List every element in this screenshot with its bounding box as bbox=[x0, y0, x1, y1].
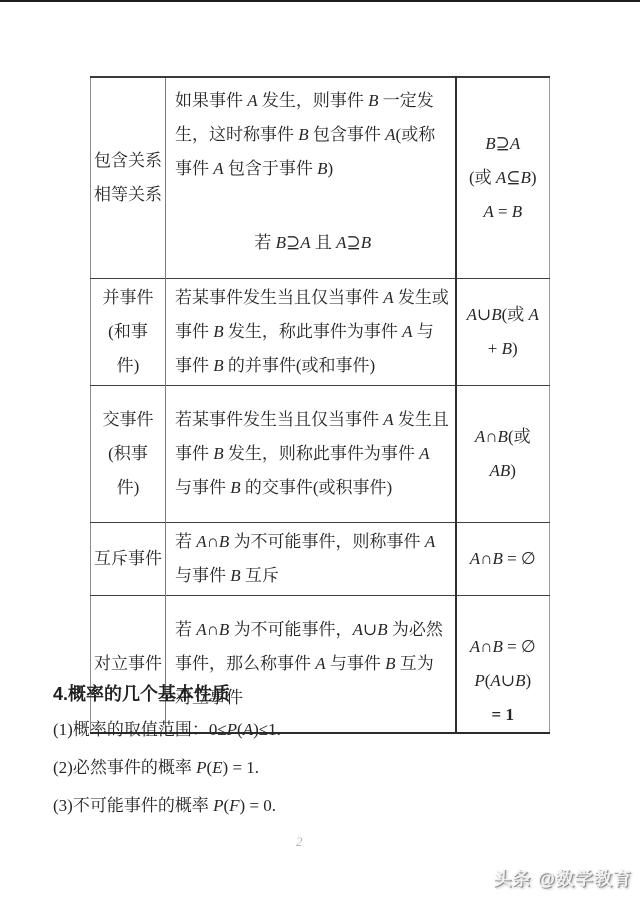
symbol-equality: A = B bbox=[457, 195, 550, 229]
symbol-complementary-line1: A∩B = ∅ bbox=[470, 637, 536, 656]
document-page: 包含关系 相等关系 如果事件 A 发生，则事件 B 一定发生，这时称事件 B 包… bbox=[0, 0, 640, 904]
cell-complementary-symbol: A∩B = ∅ P(A∪B) = 1 bbox=[456, 596, 550, 734]
label-equality-relation: 相等关系 bbox=[91, 178, 165, 212]
table-row-inclusion-equality: 包含关系 相等关系 如果事件 A 发生，则事件 B 一定发生，这时称事件 B 包… bbox=[91, 77, 550, 279]
cell-inclusion-symbols: B⊇A (或 A⊆B) A = B bbox=[456, 77, 550, 279]
symbol-complementary-line2: P(A∪B) bbox=[474, 671, 531, 690]
cell-union-symbol: A∪B(或 A + B) bbox=[456, 279, 550, 386]
watermark-text: 头条 @数学教育 bbox=[493, 865, 632, 891]
cell-union-description: 若某事件发生当且仅当事件 A 发生或事件 B 发生，称此事件为事件 A 与事件 … bbox=[166, 279, 456, 386]
page-number: 2 bbox=[296, 834, 303, 850]
cell-exclusive-label: 互斥事件 bbox=[91, 523, 166, 596]
symbol-inclusion: B⊇A (或 A⊆B) bbox=[457, 127, 550, 195]
cell-intersection-label: 交事件 (积事 件) bbox=[91, 386, 166, 523]
symbol-complementary-line3: = 1 bbox=[492, 705, 514, 724]
concept-table: 包含关系 相等关系 如果事件 A 发生，则事件 B 一定发生，这时称事件 B 包… bbox=[90, 76, 550, 734]
cell-intersection-description: 若某事件发生当且仅当事件 A 发生且事件 B 发生，则称此事件为事件 A 与事件… bbox=[166, 386, 456, 523]
property-item-3: (3)不可能事件的概率 P(F) = 0. bbox=[53, 795, 281, 817]
table-row-mutually-exclusive: 互斥事件 若 A∩B 为不可能事件，则称事件 A 与事件 B 互斥 A∩B = … bbox=[91, 523, 550, 596]
cell-relation-labels: 包含关系 相等关系 bbox=[91, 77, 166, 279]
section-heading: 4.概率的几个基本性质 bbox=[53, 680, 281, 706]
properties-section: 4.概率的几个基本性质 (1)概率的取值范围：0≤P(A)≤1. (2)必然事件… bbox=[53, 680, 281, 833]
table-row-intersection-event: 交事件 (积事 件) 若某事件发生当且仅当事件 A 发生且事件 B 发生，则称此… bbox=[91, 386, 550, 523]
property-item-1: (1)概率的取值范围：0≤P(A)≤1. bbox=[53, 719, 281, 741]
inclusion-definition-text: 如果事件 A 发生，则事件 B 一定发生，这时称事件 B 包含事件 A(或称事件… bbox=[175, 84, 451, 186]
cell-intersection-symbol: A∩B(或 AB) bbox=[456, 386, 550, 523]
table-row-union-event: 并事件 (和事 件) 若某事件发生当且仅当事件 A 发生或事件 B 发生，称此事… bbox=[91, 279, 550, 386]
property-item-2: (2)必然事件的概率 P(E) = 1. bbox=[53, 757, 281, 779]
equality-condition-text: 若 B⊇A 且 A⊇B bbox=[175, 226, 451, 260]
cell-union-label: 并事件 (和事 件) bbox=[91, 279, 166, 386]
cell-exclusive-symbol: A∩B = ∅ bbox=[456, 523, 550, 596]
cell-exclusive-description: 若 A∩B 为不可能事件，则称事件 A 与事件 B 互斥 bbox=[166, 523, 456, 596]
top-divider-line bbox=[0, 0, 640, 2]
label-inclusion-relation: 包含关系 bbox=[91, 144, 165, 178]
cell-inclusion-description: 如果事件 A 发生，则事件 B 一定发生，这时称事件 B 包含事件 A(或称事件… bbox=[166, 77, 456, 279]
